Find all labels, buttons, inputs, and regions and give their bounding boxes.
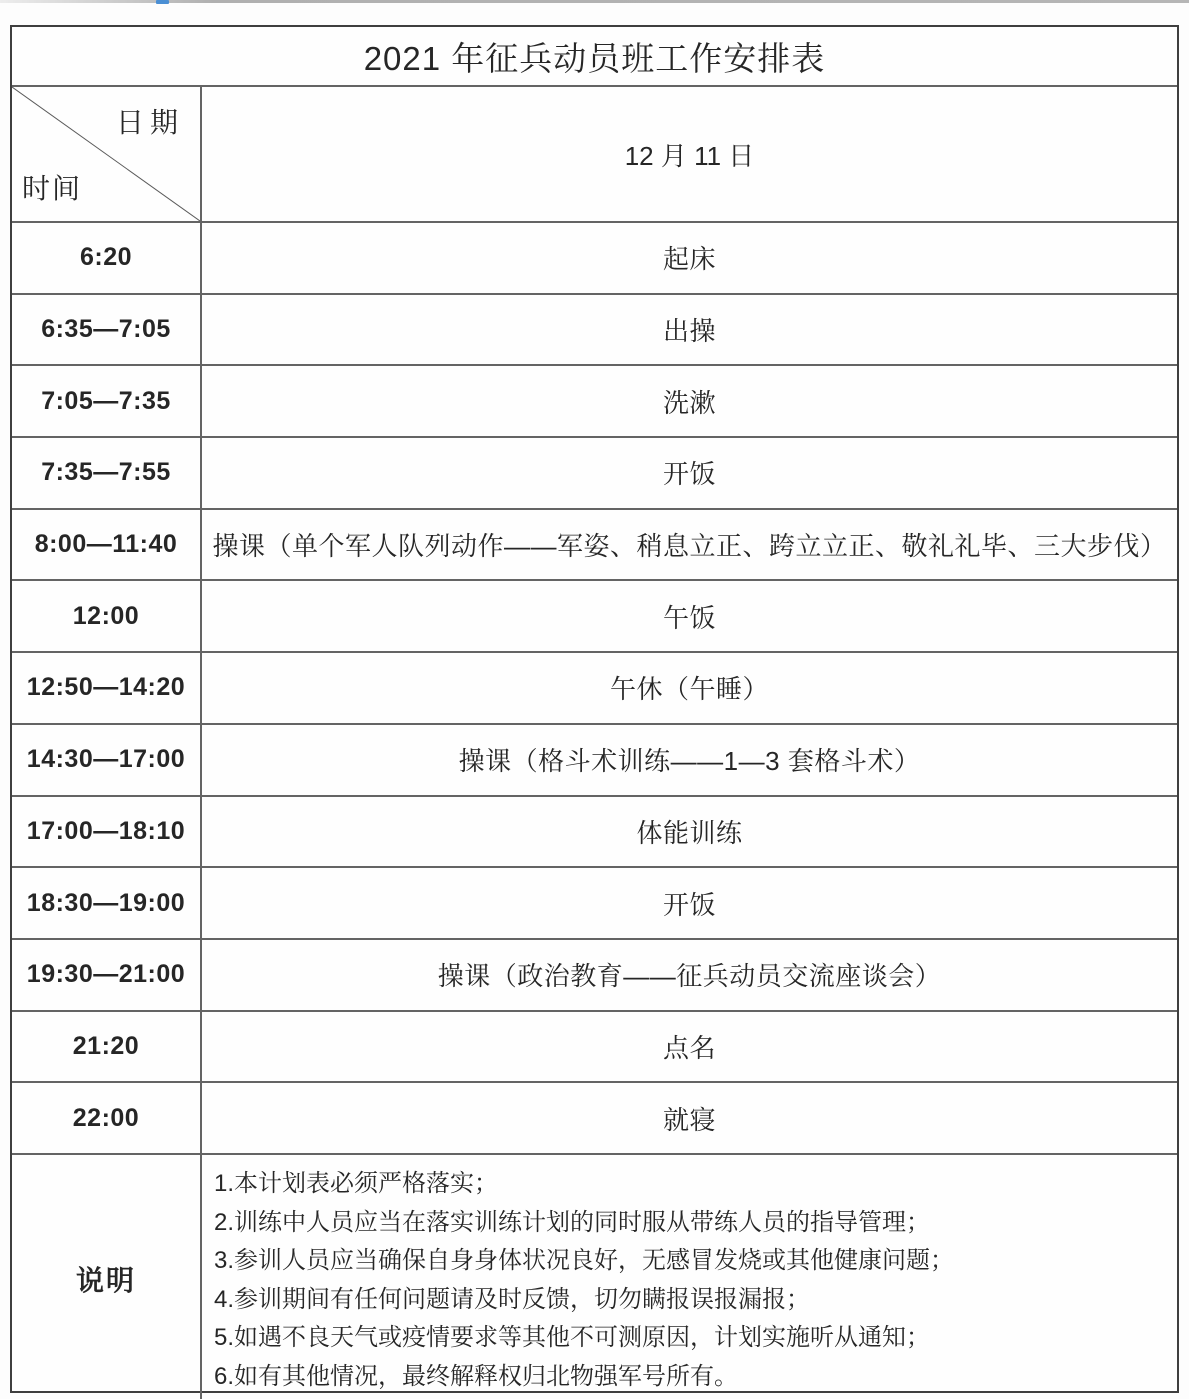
time-cell: 17:00—18:10: [12, 797, 202, 867]
time-cell: 8:00—11:40: [12, 510, 202, 580]
time-cell: 6:35—7:05: [12, 295, 202, 365]
schedule-table: 2021 年征兵动员班工作安排表 日期 时间 12 月 11 日 6:20 起床…: [10, 25, 1179, 1393]
activity-cell: 洗漱: [202, 366, 1177, 436]
date-header-cell: 12 月 11 日: [202, 87, 1177, 221]
corner-header-cell: 日期 时间: [12, 87, 202, 221]
schedule-row: 17:00—18:10 体能训练: [12, 795, 1177, 867]
time-cell: 12:50—14:20: [12, 653, 202, 723]
time-cell: 6:20: [12, 223, 202, 293]
date-axis-label: 日期: [116, 101, 184, 141]
time-cell: 19:30—21:00: [12, 940, 202, 1010]
time-cell: 14:30—17:00: [12, 725, 202, 795]
schedule-row: 12:00 午饭: [12, 579, 1177, 651]
time-cell: 7:05—7:35: [12, 366, 202, 436]
note-line: 3.参训人员应当确保自身身体状况良好，无感冒发烧或其他健康问题；: [214, 1242, 1169, 1281]
schedule-row: 14:30—17:00 操课（格斗术训练——1—3 套格斗术）: [12, 723, 1177, 795]
activity-cell: 开饭: [202, 868, 1177, 938]
activity-cell: 操课（政治教育——征兵动员交流座谈会）: [202, 940, 1177, 1010]
activity-cell: 体能训练: [202, 797, 1177, 867]
time-cell: 7:35—7:55: [12, 438, 202, 508]
activity-cell: 出操: [202, 295, 1177, 365]
schedule-row: 7:05—7:35 洗漱: [12, 364, 1177, 436]
activity-cell: 开饭: [202, 438, 1177, 508]
schedule-row: 18:30—19:00 开饭: [12, 866, 1177, 938]
schedule-row: 22:00 就寝: [12, 1081, 1177, 1153]
schedule-row: 8:00—11:40 操课（单个军人队列动作——军姿、稍息立正、跨立立正、敬礼礼…: [12, 508, 1177, 580]
note-line: 1.本计划表必须严格落实；: [214, 1165, 1169, 1204]
notes-label: 说明: [12, 1155, 202, 1399]
blue-cursor-artifact: [156, 0, 169, 4]
schedule-row: 6:20 起床: [12, 221, 1177, 293]
activity-cell: 午休（午睡）: [202, 653, 1177, 723]
note-line: 5.如遇不良天气或疫情要求等其他不可测原因，计划实施听从通知；: [214, 1319, 1169, 1358]
activity-cell: 午饭: [202, 581, 1177, 651]
note-line: 2.训练中人员应当在落实训练计划的同时服从带练人员的指导管理；: [214, 1204, 1169, 1243]
time-cell: 18:30—19:00: [12, 868, 202, 938]
page-title: 2021 年征兵动员班工作安排表: [12, 27, 1177, 85]
schedule-row: 6:35—7:05 出操: [12, 293, 1177, 365]
schedule-row: 19:30—21:00 操课（政治教育——征兵动员交流座谈会）: [12, 938, 1177, 1010]
time-cell: 12:00: [12, 581, 202, 651]
time-cell: 21:20: [12, 1012, 202, 1082]
time-cell: 22:00: [12, 1083, 202, 1153]
activity-cell: 起床: [202, 223, 1177, 293]
activity-cell: 点名: [202, 1012, 1177, 1082]
activity-cell: 操课（单个军人队列动作——军姿、稍息立正、跨立立正、敬礼礼毕、三大步伐）: [202, 510, 1177, 580]
schedule-row: 12:50—14:20 午休（午睡）: [12, 651, 1177, 723]
note-line: 4.参训期间有任何问题请及时反馈，切勿瞒报误报漏报；: [214, 1281, 1169, 1320]
schedule-row: 7:35—7:55 开饭: [12, 436, 1177, 508]
activity-cell: 操课（格斗术训练——1—3 套格斗术）: [202, 725, 1177, 795]
window-top-edge: [0, 0, 1189, 3]
notes-row: 说明 1.本计划表必须严格落实； 2.训练中人员应当在落实训练计划的同时服从带练…: [12, 1153, 1177, 1399]
schedule-row: 21:20 点名: [12, 1010, 1177, 1082]
table-header-row: 日期 时间 12 月 11 日: [12, 85, 1177, 221]
schedule-rows: 6:20 起床 6:35—7:05 出操 7:05—7:35 洗漱 7:35—7…: [12, 221, 1177, 1153]
activity-cell: 就寝: [202, 1083, 1177, 1153]
note-line: 6.如有其他情况，最终解释权归北物强军号所有。: [214, 1358, 1169, 1397]
time-axis-label: 时间: [22, 167, 82, 207]
notes-cell: 1.本计划表必须严格落实； 2.训练中人员应当在落实训练计划的同时服从带练人员的…: [202, 1155, 1177, 1399]
